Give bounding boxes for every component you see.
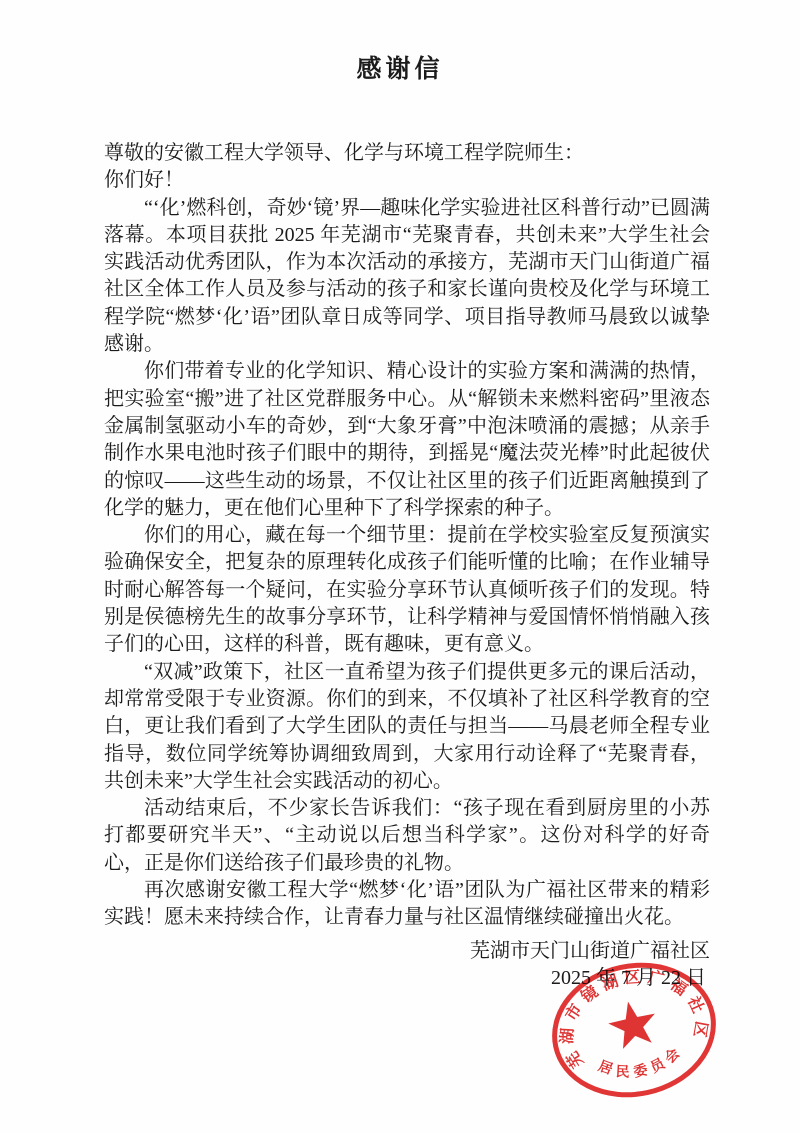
letter-paragraph-5: 活动结束后，不少家长告诉我们：“孩子现在看到厨房里的小苏打都要研究半天”、“主动… [104, 795, 710, 877]
letter-body: 尊敬的安徽工程大学领导、化学与环境工程学院师生： 你们好！ “‘化’燃科创，奇妙… [104, 140, 710, 992]
letter-paragraph-4: “双减”政策下，社区一直希望为孩子们提供更多元的课后活动，却常常受限于专业资源。… [104, 659, 710, 795]
greeting: 你们好！ [104, 167, 710, 194]
star-icon [605, 997, 661, 1051]
letter-page: 感谢信 尊敬的安徽工程大学领导、化学与环境工程学院师生： 你们好！ “‘化’燃科… [0, 0, 800, 1133]
letter-title: 感谢信 [0, 0, 800, 86]
letter-paragraph-3: 你们的用心，藏在每一个细节里：提前在学校实验室反复预演实验确保安全，把复杂的原理… [104, 522, 710, 658]
letter-paragraph-6: 再次感谢安徽工程大学“燃梦‘化’语”团队为广福社区带来的精彩实践！愿未来持续合作… [104, 877, 710, 932]
letter-paragraph-2: 你们带着专业的化学知识、精心设计的实验方案和满满的热情，把实验室“搬”进了社区党… [104, 358, 710, 522]
letter-paragraph-1: “‘化’燃科创，奇妙‘镜’界—趣味化学实验进社区科普行动”已圆满落幕。本项目获批… [104, 195, 710, 359]
salutation: 尊敬的安徽工程大学领导、化学与环境工程学院师生： [104, 140, 710, 167]
